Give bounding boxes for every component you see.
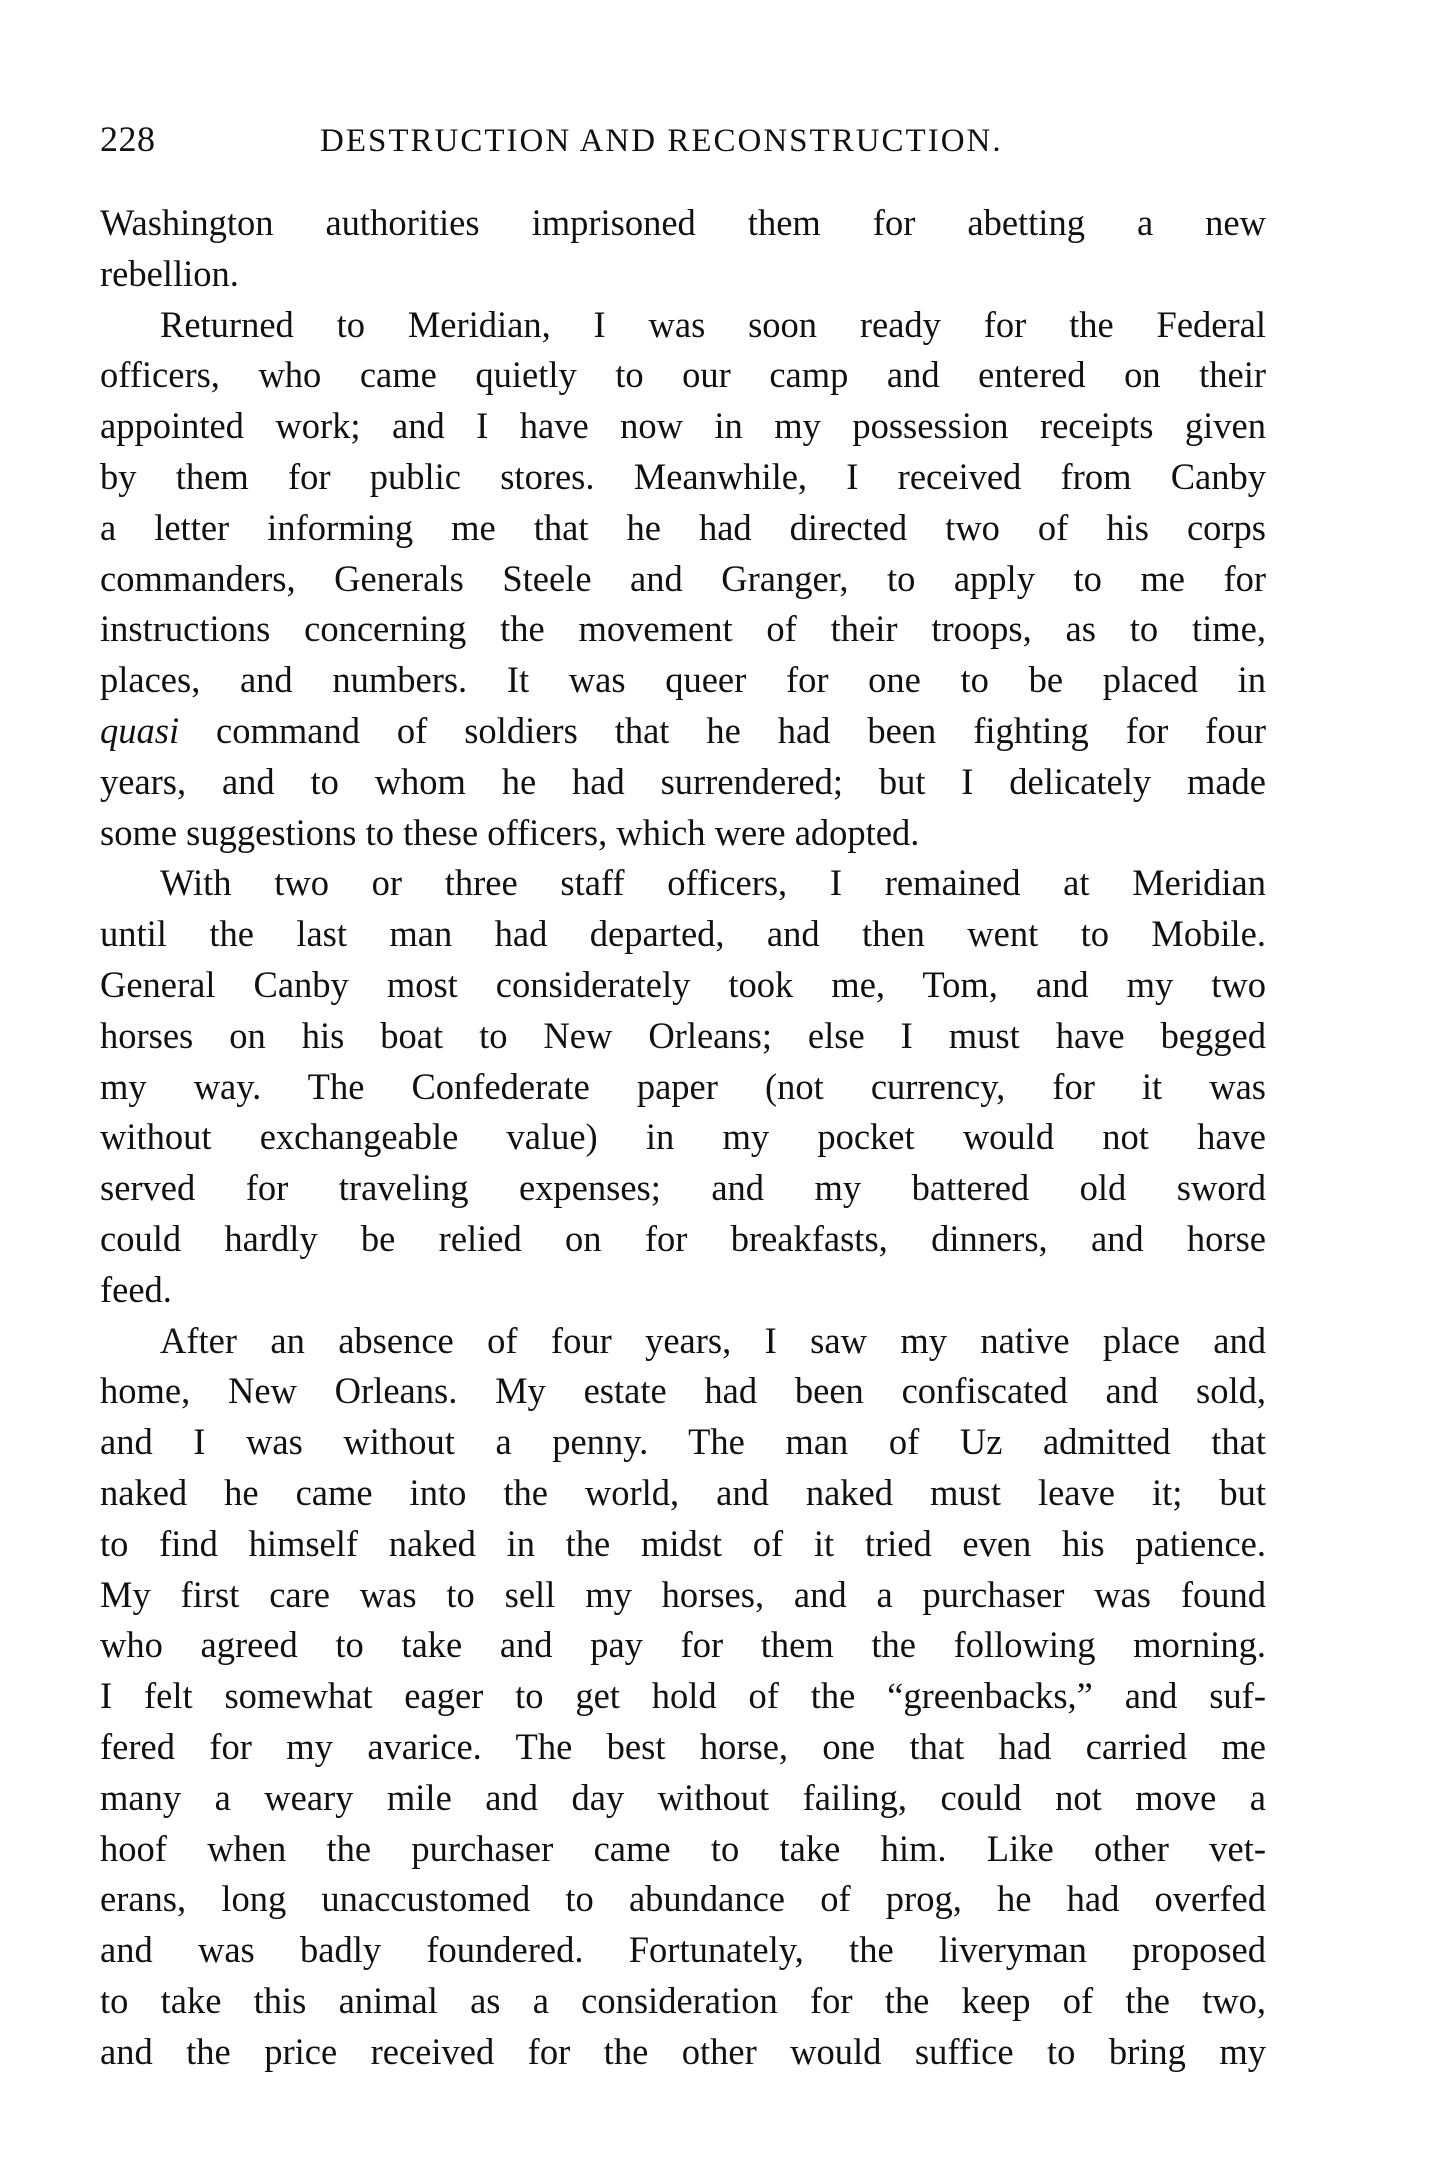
- text-line: instructions concerning the movement of …: [100, 604, 1266, 655]
- paragraph: Washington authorities imprisoned them f…: [100, 198, 1266, 300]
- text-line: fered for my avarice. The best horse, on…: [100, 1722, 1266, 1773]
- text-line: naked he came into the world, and naked …: [100, 1468, 1266, 1519]
- text-line: without exchangeable value) in my pocket…: [100, 1112, 1266, 1163]
- text-line: some suggestions to these officers, whic…: [100, 808, 1266, 859]
- text-line: and was badly foundered. Fortunately, th…: [100, 1925, 1266, 1976]
- paragraph: With two or three staff officers, I rema…: [100, 858, 1266, 1315]
- text-line: years, and to whom he had surrendered; b…: [100, 757, 1266, 808]
- paragraph: After an absence of four years, I saw my…: [100, 1316, 1266, 2078]
- running-head-title: DESTRUCTION AND RECONSTRUCTION.: [320, 123, 1003, 160]
- text-line: With two or three staff officers, I rema…: [100, 858, 1266, 909]
- text-line: officers, who came quietly to our camp a…: [100, 350, 1266, 401]
- italic-word: quasi: [100, 710, 179, 751]
- text-line: feed.: [100, 1265, 1266, 1316]
- paragraph: Returned to Meridian, I was soon ready f…: [100, 300, 1266, 859]
- text-line: appointed work; and I have now in my pos…: [100, 401, 1266, 452]
- text-line: places, and numbers. It was queer for on…: [100, 655, 1266, 706]
- text-line: General Canby most considerately took me…: [100, 960, 1266, 1011]
- text-line-with-italic: quasi command of soldiers that he had be…: [100, 706, 1266, 757]
- text-line: served for traveling expenses; and my ba…: [100, 1163, 1266, 1214]
- text-line: until the last man had departed, and the…: [100, 909, 1266, 960]
- text-line: my way. The Confederate paper (not curre…: [100, 1062, 1266, 1113]
- text-line: Returned to Meridian, I was soon ready f…: [100, 300, 1266, 351]
- text-line: to take this animal as a consideration f…: [100, 1976, 1266, 2027]
- text-line: hoof when the purchaser came to take him…: [100, 1824, 1266, 1875]
- text-line: many a weary mile and day without failin…: [100, 1773, 1266, 1824]
- text-line: to find himself naked in the midst of it…: [100, 1519, 1266, 1570]
- text-line: home, New Orleans. My estate had been co…: [100, 1366, 1266, 1417]
- text-line: who agreed to take and pay for them the …: [100, 1620, 1266, 1671]
- running-head: 228 DESTRUCTION AND RECONSTRUCTION.: [100, 118, 1266, 178]
- text-line: My first care was to sell my horses, and…: [100, 1570, 1266, 1621]
- text-line: and the price received for the other wou…: [100, 2027, 1266, 2078]
- book-page: 228 DESTRUCTION AND RECONSTRUCTION. Wash…: [100, 118, 1266, 2077]
- text-line: I felt somewhat eager to get hold of the…: [100, 1671, 1266, 1722]
- text-line-rest: command of soldiers that he had been fig…: [179, 710, 1266, 751]
- text-line: Washington authorities imprisoned them f…: [100, 198, 1266, 249]
- text-line: and I was without a penny. The man of Uz…: [100, 1417, 1266, 1468]
- text-line: commanders, Generals Steele and Granger,…: [100, 554, 1266, 605]
- text-line: erans, long unaccustomed to abundance of…: [100, 1874, 1266, 1925]
- body-text: Washington authorities imprisoned them f…: [100, 198, 1266, 2077]
- text-line: horses on his boat to New Orleans; else …: [100, 1011, 1266, 1062]
- text-line: a letter informing me that he had direct…: [100, 503, 1266, 554]
- text-line: could hardly be relied on for breakfasts…: [100, 1214, 1266, 1265]
- page-number: 228: [100, 118, 320, 160]
- text-line: rebellion.: [100, 249, 1266, 300]
- text-line: by them for public stores. Meanwhile, I …: [100, 452, 1266, 503]
- text-line: After an absence of four years, I saw my…: [100, 1316, 1266, 1367]
